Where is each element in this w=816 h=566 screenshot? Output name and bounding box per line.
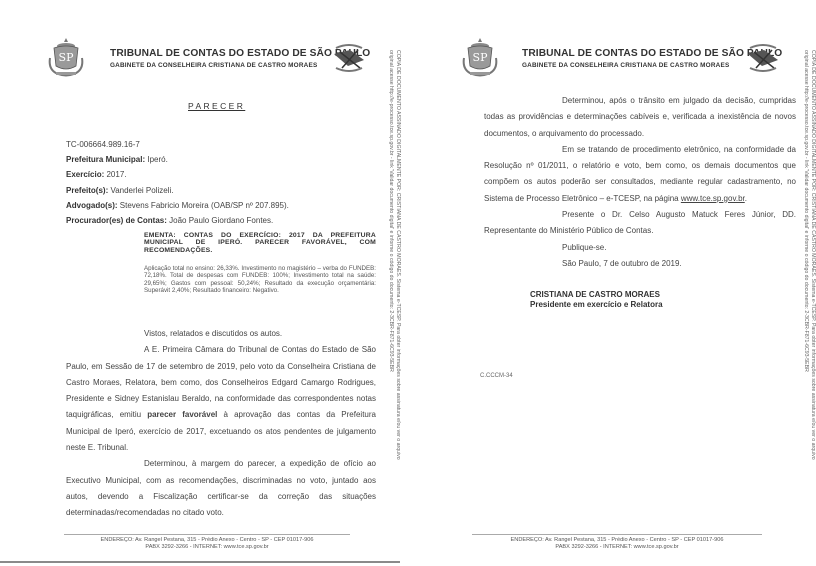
document-date: São Paulo, 7 de outubro de 2019. bbox=[484, 256, 796, 272]
meta-row: Procurador(es) de Contas: João Paulo Gio… bbox=[66, 213, 289, 228]
paragraph: Determinou, à margem do parecer, a exped… bbox=[66, 456, 376, 521]
svg-text:SP: SP bbox=[473, 51, 489, 64]
signer-role: Presidente em exercício e Relatora bbox=[530, 300, 663, 310]
paragraph: Determinou, após o trânsito em julgado d… bbox=[484, 93, 796, 142]
meta-row: Prefeitura Municipal: Iperó. bbox=[66, 152, 289, 167]
svg-text:SP: SP bbox=[59, 51, 75, 64]
document-title: PARECER bbox=[188, 101, 245, 111]
ementa-body: Aplicação total no ensino: 26,33%. Inves… bbox=[144, 265, 376, 295]
decision-text: Determinou, após o trânsito em julgado d… bbox=[484, 93, 796, 272]
document-code: C.CCCM-34 bbox=[480, 373, 513, 379]
paragraph: Presente o Dr. Celso Augusto Matuck Fere… bbox=[484, 207, 796, 240]
signer-name: CRISTIANA DE CASTRO MORAES bbox=[530, 290, 663, 300]
page-footer: ENDEREÇO: Av. Rangel Pestana, 315 - Préd… bbox=[64, 534, 350, 551]
meta-row: Exercício: 2017. bbox=[66, 167, 289, 182]
signature-block: CRISTIANA DE CASTRO MORAES Presidente em… bbox=[530, 290, 663, 310]
digital-signature-note: COPIA DE DOCUMENTO ASSINADO DIGITALMENTE… bbox=[798, 50, 816, 530]
meta-row: Advogado(s): Stevens Fabricio Moreira (O… bbox=[66, 198, 289, 213]
document-page-left: SP TRIBUNAL DE CONTAS DO ESTADO DE SÃO P… bbox=[0, 0, 408, 566]
tce-emblem-icon bbox=[330, 40, 368, 76]
process-metadata: TC-006664.989.16-7 Prefeitura Municipal:… bbox=[66, 137, 289, 228]
document-page-right: SP TRIBUNAL DE CONTAS DO ESTADO DE SÃO P… bbox=[408, 0, 816, 566]
footer-contact: PABX 3292-3266 - INTERNET: www.tce.sp.go… bbox=[64, 544, 350, 551]
ementa-title: EMENTA: CONTAS DO EXERCÍCIO: 2017 DA PRE… bbox=[144, 232, 376, 254]
page-footer: ENDEREÇO: Av. Rangel Pestana, 315 - Préd… bbox=[472, 534, 762, 551]
footer-divider bbox=[64, 534, 350, 535]
tce-website-link[interactable]: www.tce.sp.gov.br bbox=[681, 194, 745, 203]
sp-coat-of-arms-icon: SP bbox=[462, 36, 498, 78]
page-edge bbox=[0, 561, 400, 563]
footer-contact: PABX 3292-3266 - INTERNET: www.tce.sp.go… bbox=[472, 544, 762, 551]
paragraph: Publique-se. bbox=[484, 240, 796, 256]
footer-divider bbox=[472, 534, 762, 535]
tce-emblem-icon bbox=[744, 40, 782, 76]
paragraph: Vistos, relatados e discutidos os autos. bbox=[66, 326, 376, 342]
decision-text: Vistos, relatados e discutidos os autos.… bbox=[66, 326, 376, 522]
meta-row: Prefeito(s): Vanderlei Polizeli. bbox=[66, 183, 289, 198]
footer-address: ENDEREÇO: Av. Rangel Pestana, 315 - Préd… bbox=[64, 537, 350, 544]
footer-address: ENDEREÇO: Av. Rangel Pestana, 315 - Préd… bbox=[472, 537, 762, 544]
digital-signature-note: COPIA DE DOCUMENTO ASSINADO DIGITALMENTE… bbox=[383, 50, 401, 530]
process-number: TC-006664.989.16-7 bbox=[66, 137, 289, 152]
page-header: SP TRIBUNAL DE CONTAS DO ESTADO DE SÃO P… bbox=[48, 36, 368, 80]
sp-coat-of-arms-icon: SP bbox=[48, 36, 84, 78]
paragraph: Em se tratando de procedimento eletrônic… bbox=[484, 142, 796, 207]
paragraph: A E. Primeira Câmara do Tribunal de Cont… bbox=[66, 342, 376, 456]
page-header: SP TRIBUNAL DE CONTAS DO ESTADO DE SÃO P… bbox=[462, 36, 782, 80]
